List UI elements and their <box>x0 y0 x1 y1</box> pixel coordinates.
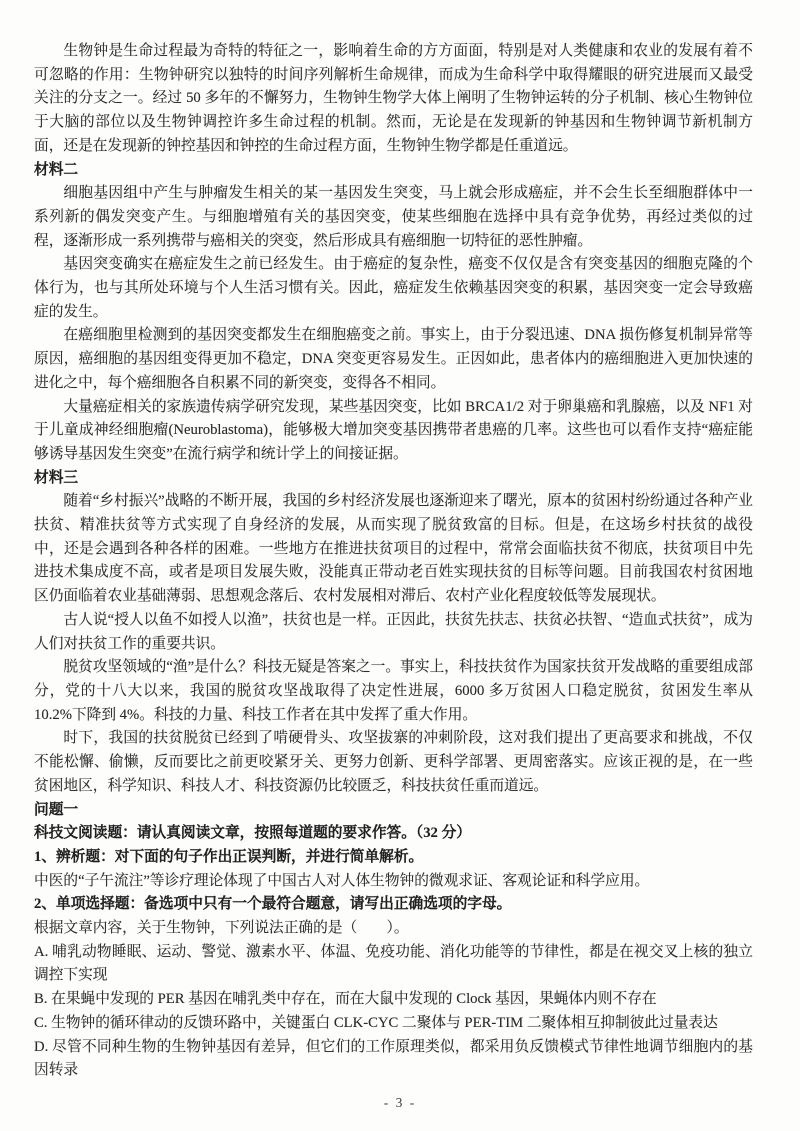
question-statement-ziwuliuzhu: 中医的“子午流注”等诊疗理论体现了中国古人对人体生物钟的微观求证、客观论证和科学… <box>34 870 753 894</box>
section-heading-question-1: 问题一 <box>34 799 753 823</box>
body-paragraph-gene-mutation-2: 基因突变确实在癌症发生之前已经发生。由于癌症的复杂性，癌变不仅仅是含有突变基因的… <box>34 253 753 324</box>
section-heading-material-2: 材料二 <box>34 159 753 183</box>
body-paragraph-hereditary-cancer: 大量癌症相关的家族遗传病学研究发现，某些基因突变，比如 BRCA1/2 对于卵巢… <box>34 396 753 467</box>
question-instruction-multiple-choice: 2、单项选择题：备选项中只有一个最符合题意，请写出正确选项的字母。 <box>34 893 753 917</box>
option-d: D. 尽管不同种生物的生物钟基因有差异，但它们的工作原理类似，都采用负反馈模式节… <box>34 1036 753 1083</box>
option-a: A. 哺乳动物睡眠、运动、警觉、激素水平、体温、免疫功能、消化功能等的节律性，都… <box>34 941 753 988</box>
question-instruction-true-false: 1、辨析题：对下面的句子作出正误判断，并进行简单解析。 <box>34 846 753 870</box>
body-paragraph-final-sprint: 时下，我国的扶贫脱贫已经到了啃硬骨头、攻坚拔寨的冲刺阶段，这对我们提出了更高要求… <box>34 727 753 798</box>
exam-page: 生物钟是生命过程最为奇特的特征之一，影响着生命的方方面面，特别是对人类健康和农业… <box>0 0 800 1131</box>
option-b: B. 在果蝇中发现的 PER 基因在哺乳类中存在，而在大鼠中发现的 Clock … <box>34 988 753 1012</box>
body-paragraph-gene-mutation-1: 细胞基因组中产生与肿瘤发生相关的某一基因发生突变，马上就会形成癌症，并不会生长至… <box>34 182 753 253</box>
body-paragraph-biological-clock: 生物钟是生命过程最为奇特的特征之一，影响着生命的方方面面，特别是对人类健康和农业… <box>34 40 753 159</box>
option-c: C. 生物钟的循环律动的反馈环路中，关键蛋白 CLK-CYC 二聚体与 PER-… <box>34 1012 753 1036</box>
body-paragraph-teach-fishing: 古人说“授人以鱼不如授人以渔”，扶贫也是一样。正因此，扶贫先扶志、扶贫必扶智、“… <box>34 609 753 656</box>
page-number: - 3 - <box>0 1095 800 1111</box>
body-paragraph-science-poverty-alleviation: 脱贫攻坚领域的“渔”是什么？科技无疑是答案之一。事实上，科技扶贫作为国家扶贫开发… <box>34 656 753 727</box>
section-heading-material-3: 材料三 <box>34 467 753 491</box>
question-instruction-reading: 科技文阅读题：请认真阅读文章，按照每道题的要求作答。（32 分） <box>34 822 753 846</box>
body-paragraph-rural-revitalization: 随着“乡村振兴”战略的不断开展，我国的乡村经济发展也逐渐迎来了曙光，原本的贫困村… <box>34 490 753 609</box>
document-body: 生物钟是生命过程最为奇特的特征之一，影响着生命的方方面面，特别是对人类健康和农业… <box>34 40 753 1083</box>
question-stem-biological-clock: 根据文章内容，关于生物钟，下列说法正确的是（ ）。 <box>34 917 753 941</box>
body-paragraph-cancer-cell-evolution: 在癌细胞里检测到的基因突变都发生在细胞癌变之前。事实上，由于分裂迅速、DNA 损… <box>34 324 753 395</box>
